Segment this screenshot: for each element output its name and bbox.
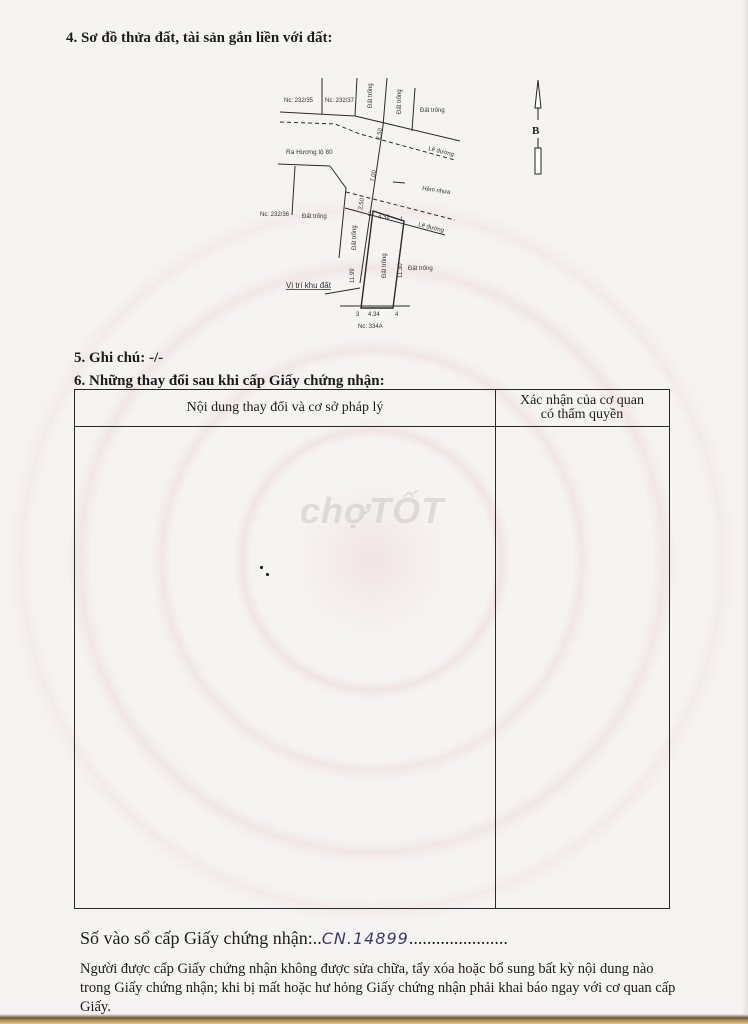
label-parcel-232-35: Nc: 232/35 <box>284 98 314 104</box>
svg-text:Đất trống: Đất trống <box>368 83 374 108</box>
svg-text:7.00: 7.00 <box>370 169 378 182</box>
svg-text:Đất trống: Đất trống <box>397 89 403 114</box>
svg-text:2.50: 2.50 <box>358 197 366 210</box>
page-bottom-edge <box>0 1014 748 1024</box>
svg-text:Đất trống: Đất trống <box>352 225 358 250</box>
north-arrow-icon: B <box>520 78 560 188</box>
svg-text:Đất trống: Đất trống <box>302 214 327 220</box>
svg-text:4.32: 4.32 <box>378 215 390 221</box>
column-divider <box>495 390 496 908</box>
svg-text:4: 4 <box>395 312 399 318</box>
section-4-title: 4. Sơ đồ thửa đất, tài sản gắn liền với … <box>66 30 333 47</box>
column-header-content: Nội dung thay đổi và cơ sở pháp lý <box>75 390 495 426</box>
column-header-confirmation: Xác nhận của cơ quan có thẩm quyền <box>495 390 669 426</box>
section-6-title: 6. Những thay đổi sau khi cấp Giấy chứng… <box>74 373 385 390</box>
svg-text:11.99: 11.99 <box>350 268 356 283</box>
label-site-location: Vị trí khu đất <box>286 281 332 290</box>
ink-speck <box>260 566 263 569</box>
label-road: Ra Hương lộ 80 <box>286 149 333 156</box>
svg-text:11.30: 11.30 <box>398 263 404 278</box>
svg-text:3: 3 <box>356 312 360 318</box>
table-header-row: Nội dung thay đổi và cơ sở pháp lý Xác n… <box>75 390 669 427</box>
svg-text:2.50: 2.50 <box>376 127 384 140</box>
watermark-logo: chợTỐT <box>300 490 444 532</box>
svg-text:Đất trống: Đất trống <box>420 108 445 114</box>
label-sidewalk-bottom: Lề đường <box>418 222 445 234</box>
svg-text:B: B <box>532 125 540 137</box>
parcel-sketch: Nc: 232/35 Nc: 232/37 Đất trống Đất trốn… <box>250 78 470 340</box>
registration-number: CN.14899 <box>322 929 409 948</box>
label-parcel-232-36: Nc: 232/36 <box>260 212 290 218</box>
section-5-title: 5. Ghi chú: -/- <box>74 350 163 367</box>
registration-label: Số vào sổ cấp Giấy chứng nhận: <box>80 928 313 948</box>
label-parcel-334a: Nc: 334A <box>358 324 383 330</box>
svg-text:Đất trống: Đất trống <box>408 266 433 272</box>
label-alley: Hẻm nhựa <box>422 186 452 196</box>
changes-table: Nội dung thay đổi và cơ sở pháp lý Xác n… <box>74 389 670 909</box>
legal-notice: Người được cấp Giấy chứng nhận không đượ… <box>80 960 680 1017</box>
registration-number-line: Số vào sổ cấp Giấy chứng nhận:..CN.14899… <box>80 928 508 949</box>
certificate-page: 4. Sơ đồ thửa đất, tài sản gắn liền với … <box>0 0 748 1024</box>
label-sidewalk-top: Lề đường <box>428 146 455 158</box>
label-parcel-232-37: Nc: 232/37 <box>325 98 355 104</box>
ink-speck <box>266 573 269 576</box>
svg-text:4.34: 4.34 <box>368 312 380 318</box>
svg-text:Đất trống: Đất trống <box>382 253 388 278</box>
page-edge <box>742 0 748 1024</box>
